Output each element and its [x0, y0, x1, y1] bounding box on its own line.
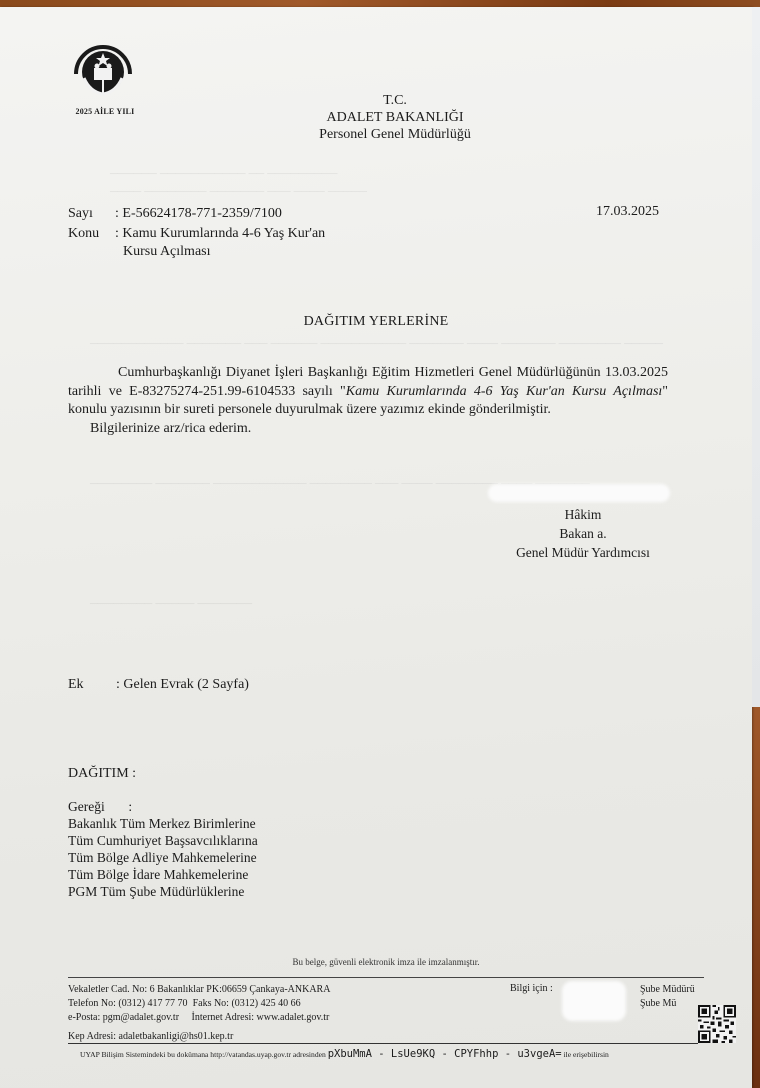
footer-address: Vekaletler Cad. No: 6 Bakanlıklar PK:066… — [68, 983, 330, 997]
attachment-value: : Gelen Evrak (2 Sayfa) — [116, 677, 249, 692]
uyap-prefix: UYAP Bilişim Sistemindeki bu dokümana ht… — [80, 1050, 326, 1059]
info-titles: Şube Müdürü Şube Mü — [640, 983, 695, 1011]
bleed-through-text: ────── ─────────── ── ───────── — [110, 168, 337, 180]
distribution-item: Bakanlık Tüm Merkez Birimlerine — [68, 815, 258, 832]
konu-row: Konu: Kamu Kurumlarında 4-6 Yaş Kur'an — [68, 224, 325, 243]
body-subject-italic: Kamu Kurumlarında 4-6 Yaş Kur'an Kursu A… — [346, 384, 663, 399]
sayi-value: : E-56624178-771-2359/7100 — [115, 206, 282, 221]
bleed-through-text: ──── ──────── ─────── ─── ──── ───── — [110, 186, 367, 198]
distribution-item: PGM Tüm Şube Müdürlüklerine — [68, 883, 258, 900]
signer-position: Genel Müdür Yardımcısı — [478, 543, 688, 562]
bleed-through-text: ──────────── ─────── ─── ────── ────────… — [90, 338, 663, 350]
footer-divider-bottom — [68, 1043, 698, 1044]
qr-code-icon[interactable] — [698, 1005, 736, 1043]
bleed-through-text: ──────── ───── ─────── — [90, 598, 252, 610]
distribution-item: Tüm Bölge Adliye Mahkemelerine — [68, 849, 258, 866]
attachment-label: Ek — [68, 677, 116, 693]
info-title-2: Şube Mü — [640, 997, 695, 1011]
signer-title: Hâkim — [478, 505, 688, 524]
attachment-row: Ek: Gelen Evrak (2 Sayfa) — [68, 677, 249, 693]
header-tc: T.C. — [290, 92, 500, 109]
redacted-contact-names — [562, 981, 626, 1021]
body-paragraph: Cumhurbaşkanlığı Diyanet İşleri Başkanlı… — [68, 364, 668, 420]
signer-on-behalf: Bakan a. — [478, 524, 688, 543]
konu-value: : Kamu Kurumlarında 4-6 Yaş Kur'an — [115, 226, 325, 241]
document-title: DAĞITIM YERLERİNE — [0, 314, 752, 330]
distribution-item: Tüm Cumhuriyet Başsavcılıklarına — [68, 832, 258, 849]
document-date: 17.03.2025 — [596, 204, 659, 220]
header-directorate: Personel Genel Müdürlüğü — [290, 126, 500, 143]
aile-yili-emblem-icon — [70, 36, 136, 102]
konu-label: Konu — [68, 224, 115, 243]
footer-web: İnternet Adresi: www.adalet.gov.tr — [192, 1012, 330, 1023]
uyap-access-line: UYAP Bilişim Sistemindeki bu dokümana ht… — [80, 1048, 609, 1060]
logo-caption: 2025 AİLE YILI — [60, 107, 150, 116]
uyap-verification-code: pXbuMmA - LsUe9KQ - CPYFhhp - u3vgeA= — [328, 1048, 562, 1060]
sayi-label: Sayı — [68, 204, 115, 223]
distribution-geregi: Gereği : — [68, 798, 258, 815]
closing-line: Bilgilerinize arz/rica ederim. — [68, 420, 668, 439]
signature-block: Hâkim Bakan a. Genel Müdür Yardımcısı — [478, 505, 688, 562]
footer-email: e-Posta: pgm@adalet.gov.tr — [68, 1012, 179, 1023]
distribution-list: Gereği : Bakanlık Tüm Merkez Birimlerine… — [68, 798, 258, 900]
page-edge — [752, 7, 760, 707]
uyap-suffix: ile erişebilirsin — [564, 1050, 609, 1059]
header-ministry: ADALET BAKANLIĞI — [290, 109, 500, 126]
footer-fax: Faks No: (0312) 425 40 66 — [193, 998, 301, 1009]
footer-kep: Kep Adresi: adaletbakanligi@hs01.kep.tr — [68, 1031, 233, 1042]
footer-phone: Telefon No: (0312) 417 77 70 — [68, 998, 188, 1009]
distribution-heading: DAĞITIM : — [68, 766, 136, 782]
sayi-row: Sayı: E-56624178-771-2359/7100 — [68, 204, 282, 223]
konu-value-continued: Kursu Açılması — [123, 242, 211, 261]
distribution-item: Tüm Bölge İdare Mahkemelerine — [68, 866, 258, 883]
info-title-1: Şube Müdürü — [640, 983, 695, 997]
esign-note: Bu belge, güvenli elektronik imza ile im… — [0, 957, 760, 967]
footer-contact: Vekaletler Cad. No: 6 Bakanlıklar PK:066… — [68, 983, 330, 1025]
info-label: Bilgi için : — [510, 983, 553, 994]
footer-divider — [68, 977, 704, 978]
letter-body: Cumhurbaşkanlığı Diyanet İşleri Başkanlı… — [68, 364, 668, 438]
letterhead: T.C. ADALET BAKANLIĞI Personel Genel Müd… — [290, 92, 500, 143]
redacted-signer-name — [488, 484, 670, 502]
